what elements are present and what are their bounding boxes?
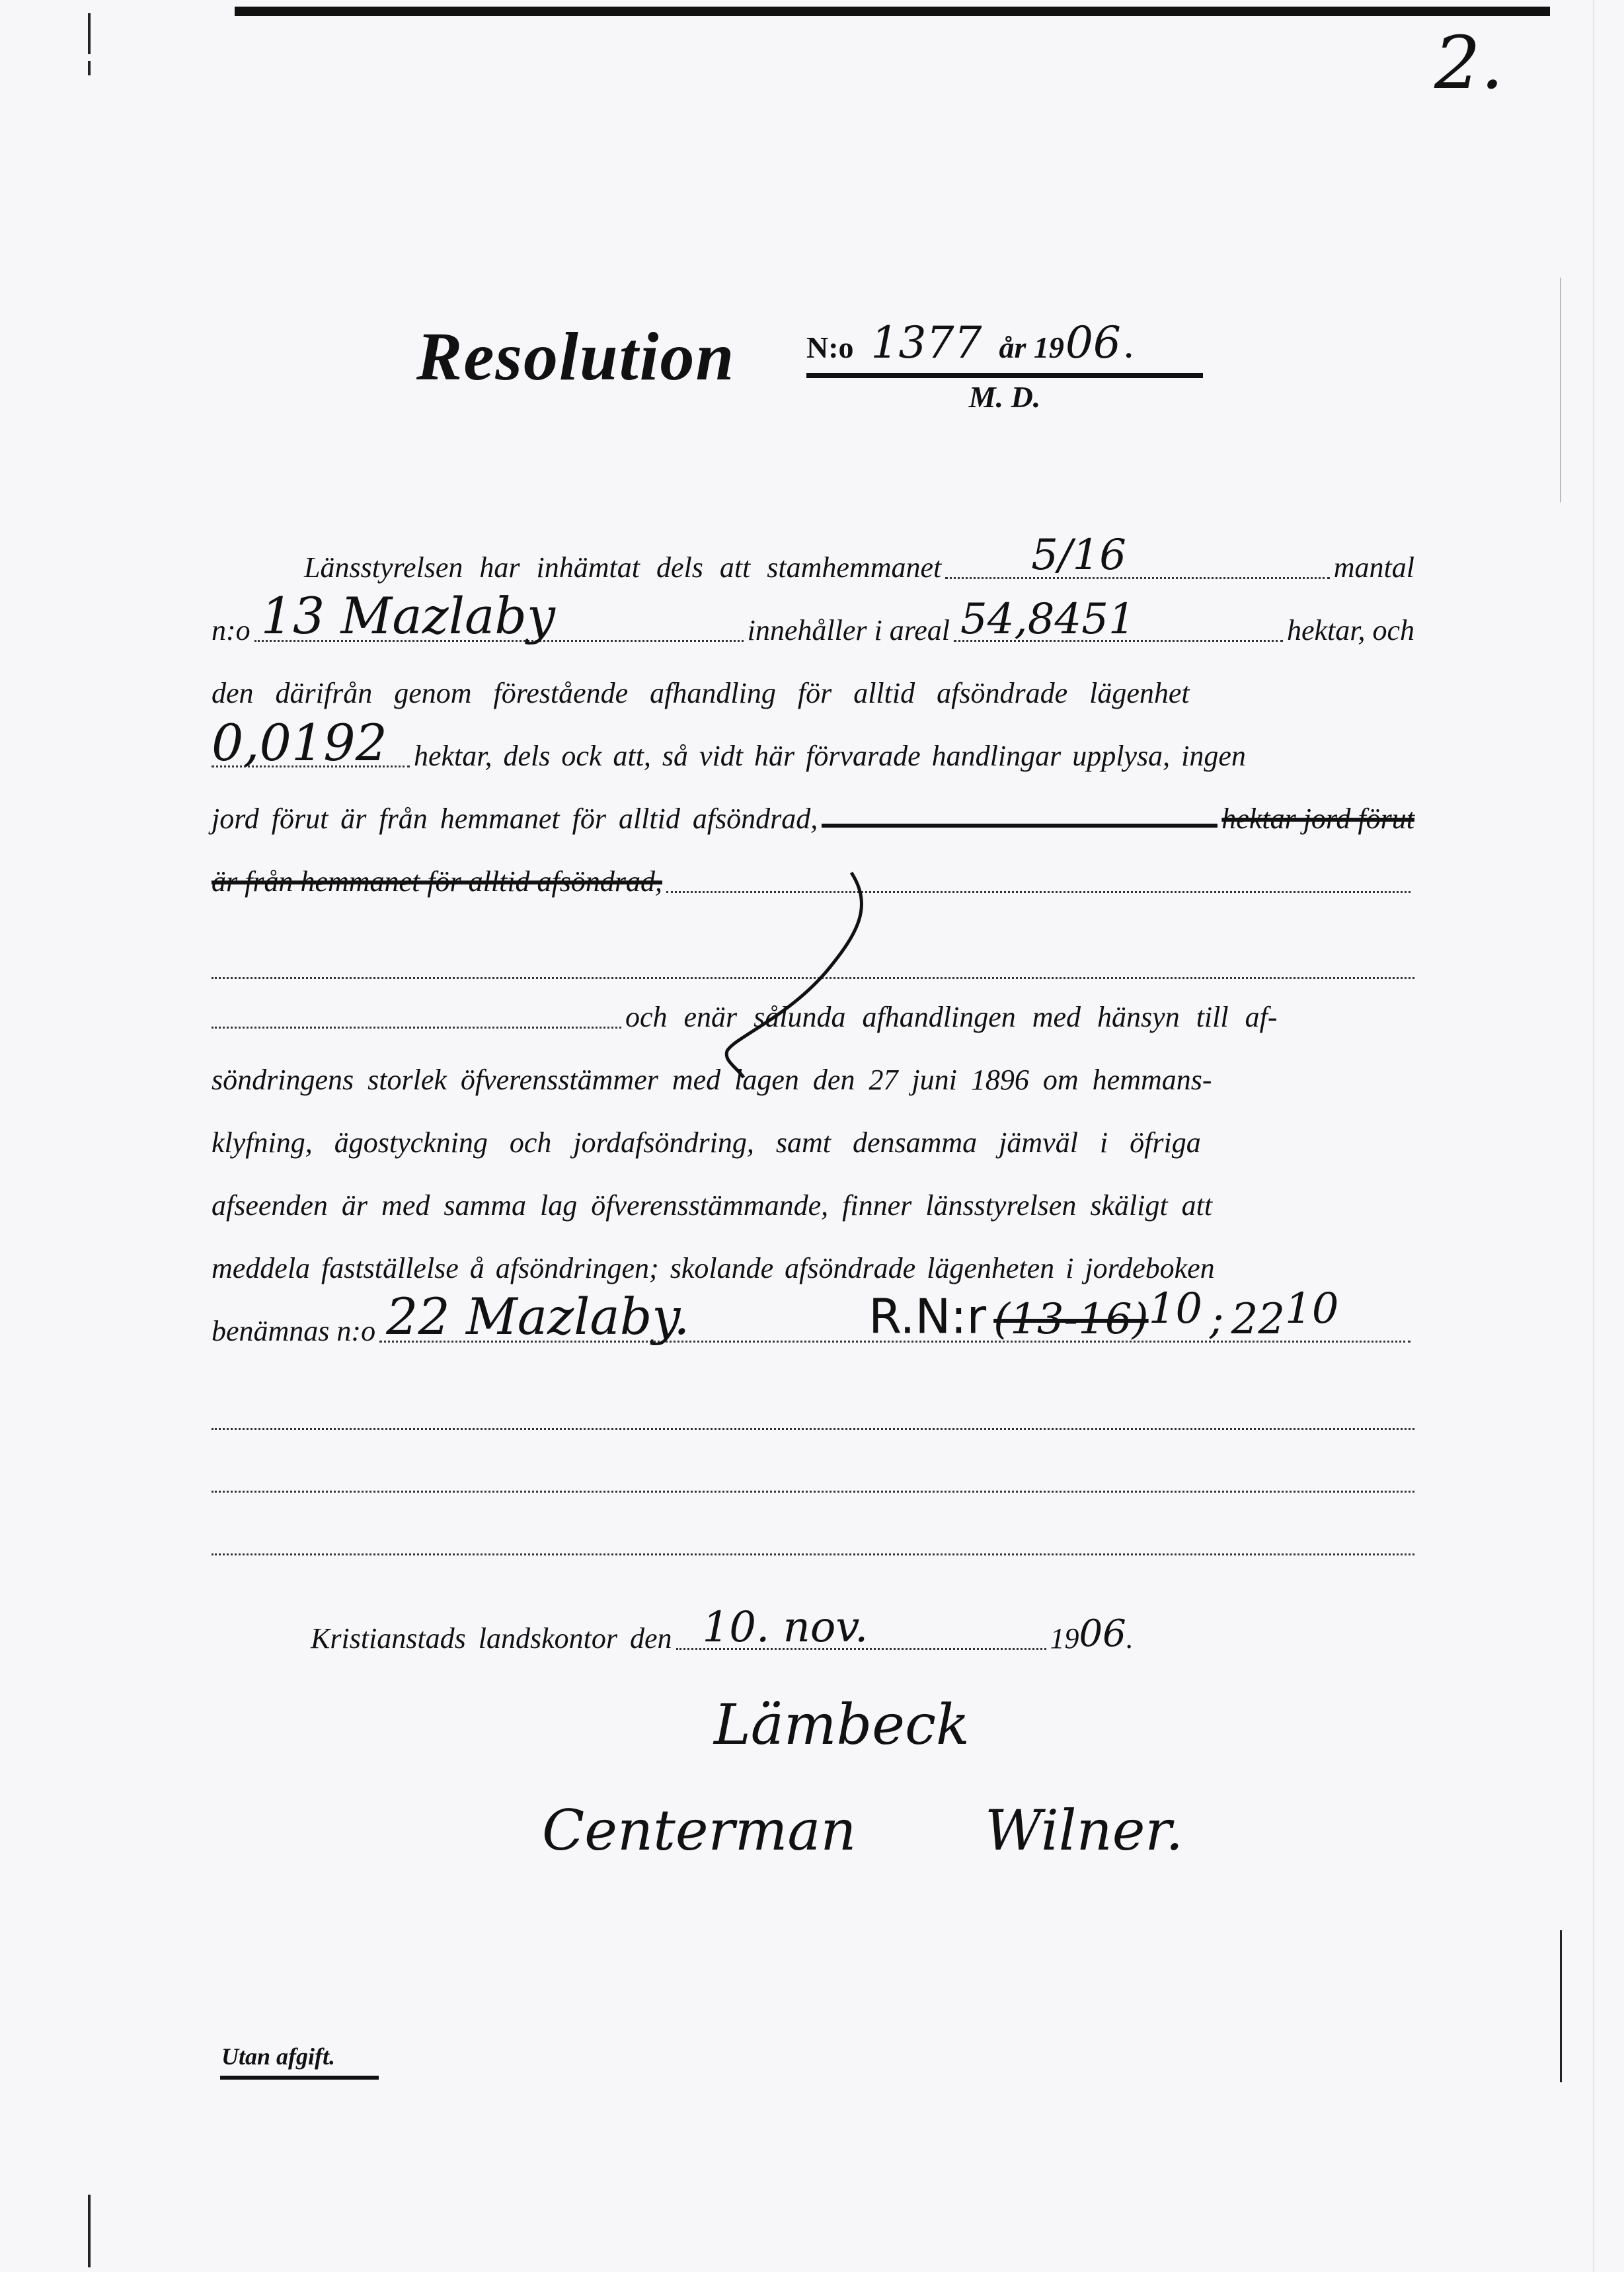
- year-label: år 19: [999, 330, 1064, 365]
- page-number: 2.: [1434, 26, 1504, 99]
- body-line-1: Länsstyrelsen har inhämtat dels att stam…: [212, 529, 1414, 588]
- year-value: 06: [1079, 1612, 1126, 1659]
- resolution-number: 1377: [871, 317, 982, 368]
- page-edge: [1593, 0, 1594, 2272]
- line-text: meddela fastställelse å afsöndringen; sk…: [212, 1251, 1215, 1289]
- fee-note-underline: [220, 2076, 379, 2080]
- line-text: benämnas n:o: [212, 1314, 375, 1352]
- document-page: 2. Resolution N:o 1377 år 1906. M. D. Lä…: [0, 0, 1624, 2272]
- superscript: 10: [1285, 1284, 1338, 1337]
- struck-text: är från hemmanet för alltid afsöndrad,: [212, 865, 662, 902]
- line-text: n:o: [212, 613, 251, 651]
- fill-line: [212, 1428, 1414, 1430]
- fill-line: [212, 1491, 1414, 1493]
- closing-line: Kristianstads landskontor den 10. nov. 1…: [311, 1600, 1236, 1659]
- department-label: M. D.: [806, 379, 1203, 414]
- struck-text: hektar jord förut: [1221, 802, 1414, 840]
- date-value: 10. nov.: [703, 1603, 869, 1656]
- fill-line: [212, 1027, 621, 1029]
- year-value: 06: [1065, 317, 1121, 368]
- fee-note: Utan afgift.: [221, 2043, 335, 2070]
- line-text: afseenden är med samma lag öfverensstämm…: [212, 1189, 1212, 1226]
- year-prefix: 19: [1050, 1622, 1079, 1659]
- mantal-value: 5/16: [1031, 531, 1126, 584]
- line-text: hektar, dels ock att, så vidt här förvar…: [414, 739, 1246, 777]
- superscript: 10: [1149, 1284, 1202, 1337]
- line-text: mantal: [1334, 551, 1414, 588]
- register-number: R.N:r (13-16)10 ; 2210: [869, 1284, 1338, 1345]
- register-value: 22: [1231, 1295, 1285, 1348]
- fill-line: 54,8451: [954, 640, 1283, 642]
- total-area: 54,8451: [960, 595, 1136, 648]
- fill-line: 13 Mazlaby: [254, 640, 744, 642]
- fill-line: 5/16: [945, 577, 1330, 579]
- top-rule: [235, 7, 1550, 16]
- signature-2: Centerman: [542, 1798, 857, 1863]
- separator: ;: [1210, 1295, 1224, 1348]
- margin-mark: [88, 13, 91, 54]
- fill-line: 10. nov.: [676, 1648, 1046, 1650]
- property-name: 13 Mazlaby: [261, 586, 555, 649]
- signature-3: Wilner.: [985, 1798, 1183, 1863]
- struck-register-number: (13-16): [993, 1295, 1148, 1348]
- margin-mark: [88, 2195, 91, 2267]
- line-text: jord förut är från hemmanet för alltid a…: [212, 802, 818, 840]
- line-text: Länsstyrelsen har inhämtat dels att stam…: [304, 551, 941, 588]
- body-line-3: den därifrån genom förestående afhandlin…: [212, 654, 1414, 714]
- separated-area: 0,0192: [212, 713, 387, 776]
- register-label: R.N:r: [869, 1289, 986, 1345]
- strike-line: [822, 824, 1218, 828]
- body-line-2: n:o 13 Mazlaby innehåller i areal 54,845…: [212, 592, 1414, 651]
- number-label: N:o: [806, 330, 854, 365]
- body-line-5: jord förut är från hemmanet för alltid a…: [212, 780, 1414, 840]
- line-text: hektar, och: [1287, 613, 1414, 651]
- fill-line: 0,0192: [212, 765, 410, 767]
- fill-line: 22 Mazlaby. R.N:r (13-16)10 ; 2210: [379, 1341, 1411, 1343]
- resolution-number-block: N:o 1377 år 1906. M. D.: [806, 317, 1203, 414]
- signature-1: Lämbeck: [714, 1692, 970, 1757]
- document-title: Resolution: [416, 317, 735, 396]
- fraction-line: [806, 373, 1203, 378]
- margin-mark: [1560, 1930, 1562, 2082]
- new-property-name: 22 Mazlaby.: [386, 1287, 689, 1350]
- fill-line: [212, 1553, 1414, 1555]
- line-text: innehåller i areal: [748, 613, 950, 651]
- body-line-13: benämnas n:o 22 Mazlaby. R.N:r (13-16)10…: [212, 1292, 1414, 1352]
- body-line-10: klyfning, ägostyckning och jordafsöndrin…: [212, 1104, 1414, 1163]
- year-suffix: .: [1126, 1622, 1134, 1659]
- bracket-mark: [681, 866, 879, 1084]
- title-text: Resolution: [416, 319, 735, 395]
- line-text: klyfning, ägostyckning och jordafsöndrin…: [212, 1126, 1201, 1163]
- body-line-12: meddela fastställelse å afsöndringen; sk…: [212, 1230, 1414, 1289]
- margin-mark: [88, 61, 91, 75]
- place-text: Kristianstads landskontor den: [311, 1622, 672, 1659]
- body-line-4: 0,0192 hektar, dels ock att, så vidt här…: [212, 717, 1414, 777]
- year-suffix: .: [1125, 330, 1133, 365]
- margin-mark: [1560, 278, 1561, 502]
- line-text: den därifrån genom förestående afhandlin…: [212, 676, 1190, 714]
- body-line-11: afseenden är med samma lag öfverensstämm…: [212, 1167, 1414, 1226]
